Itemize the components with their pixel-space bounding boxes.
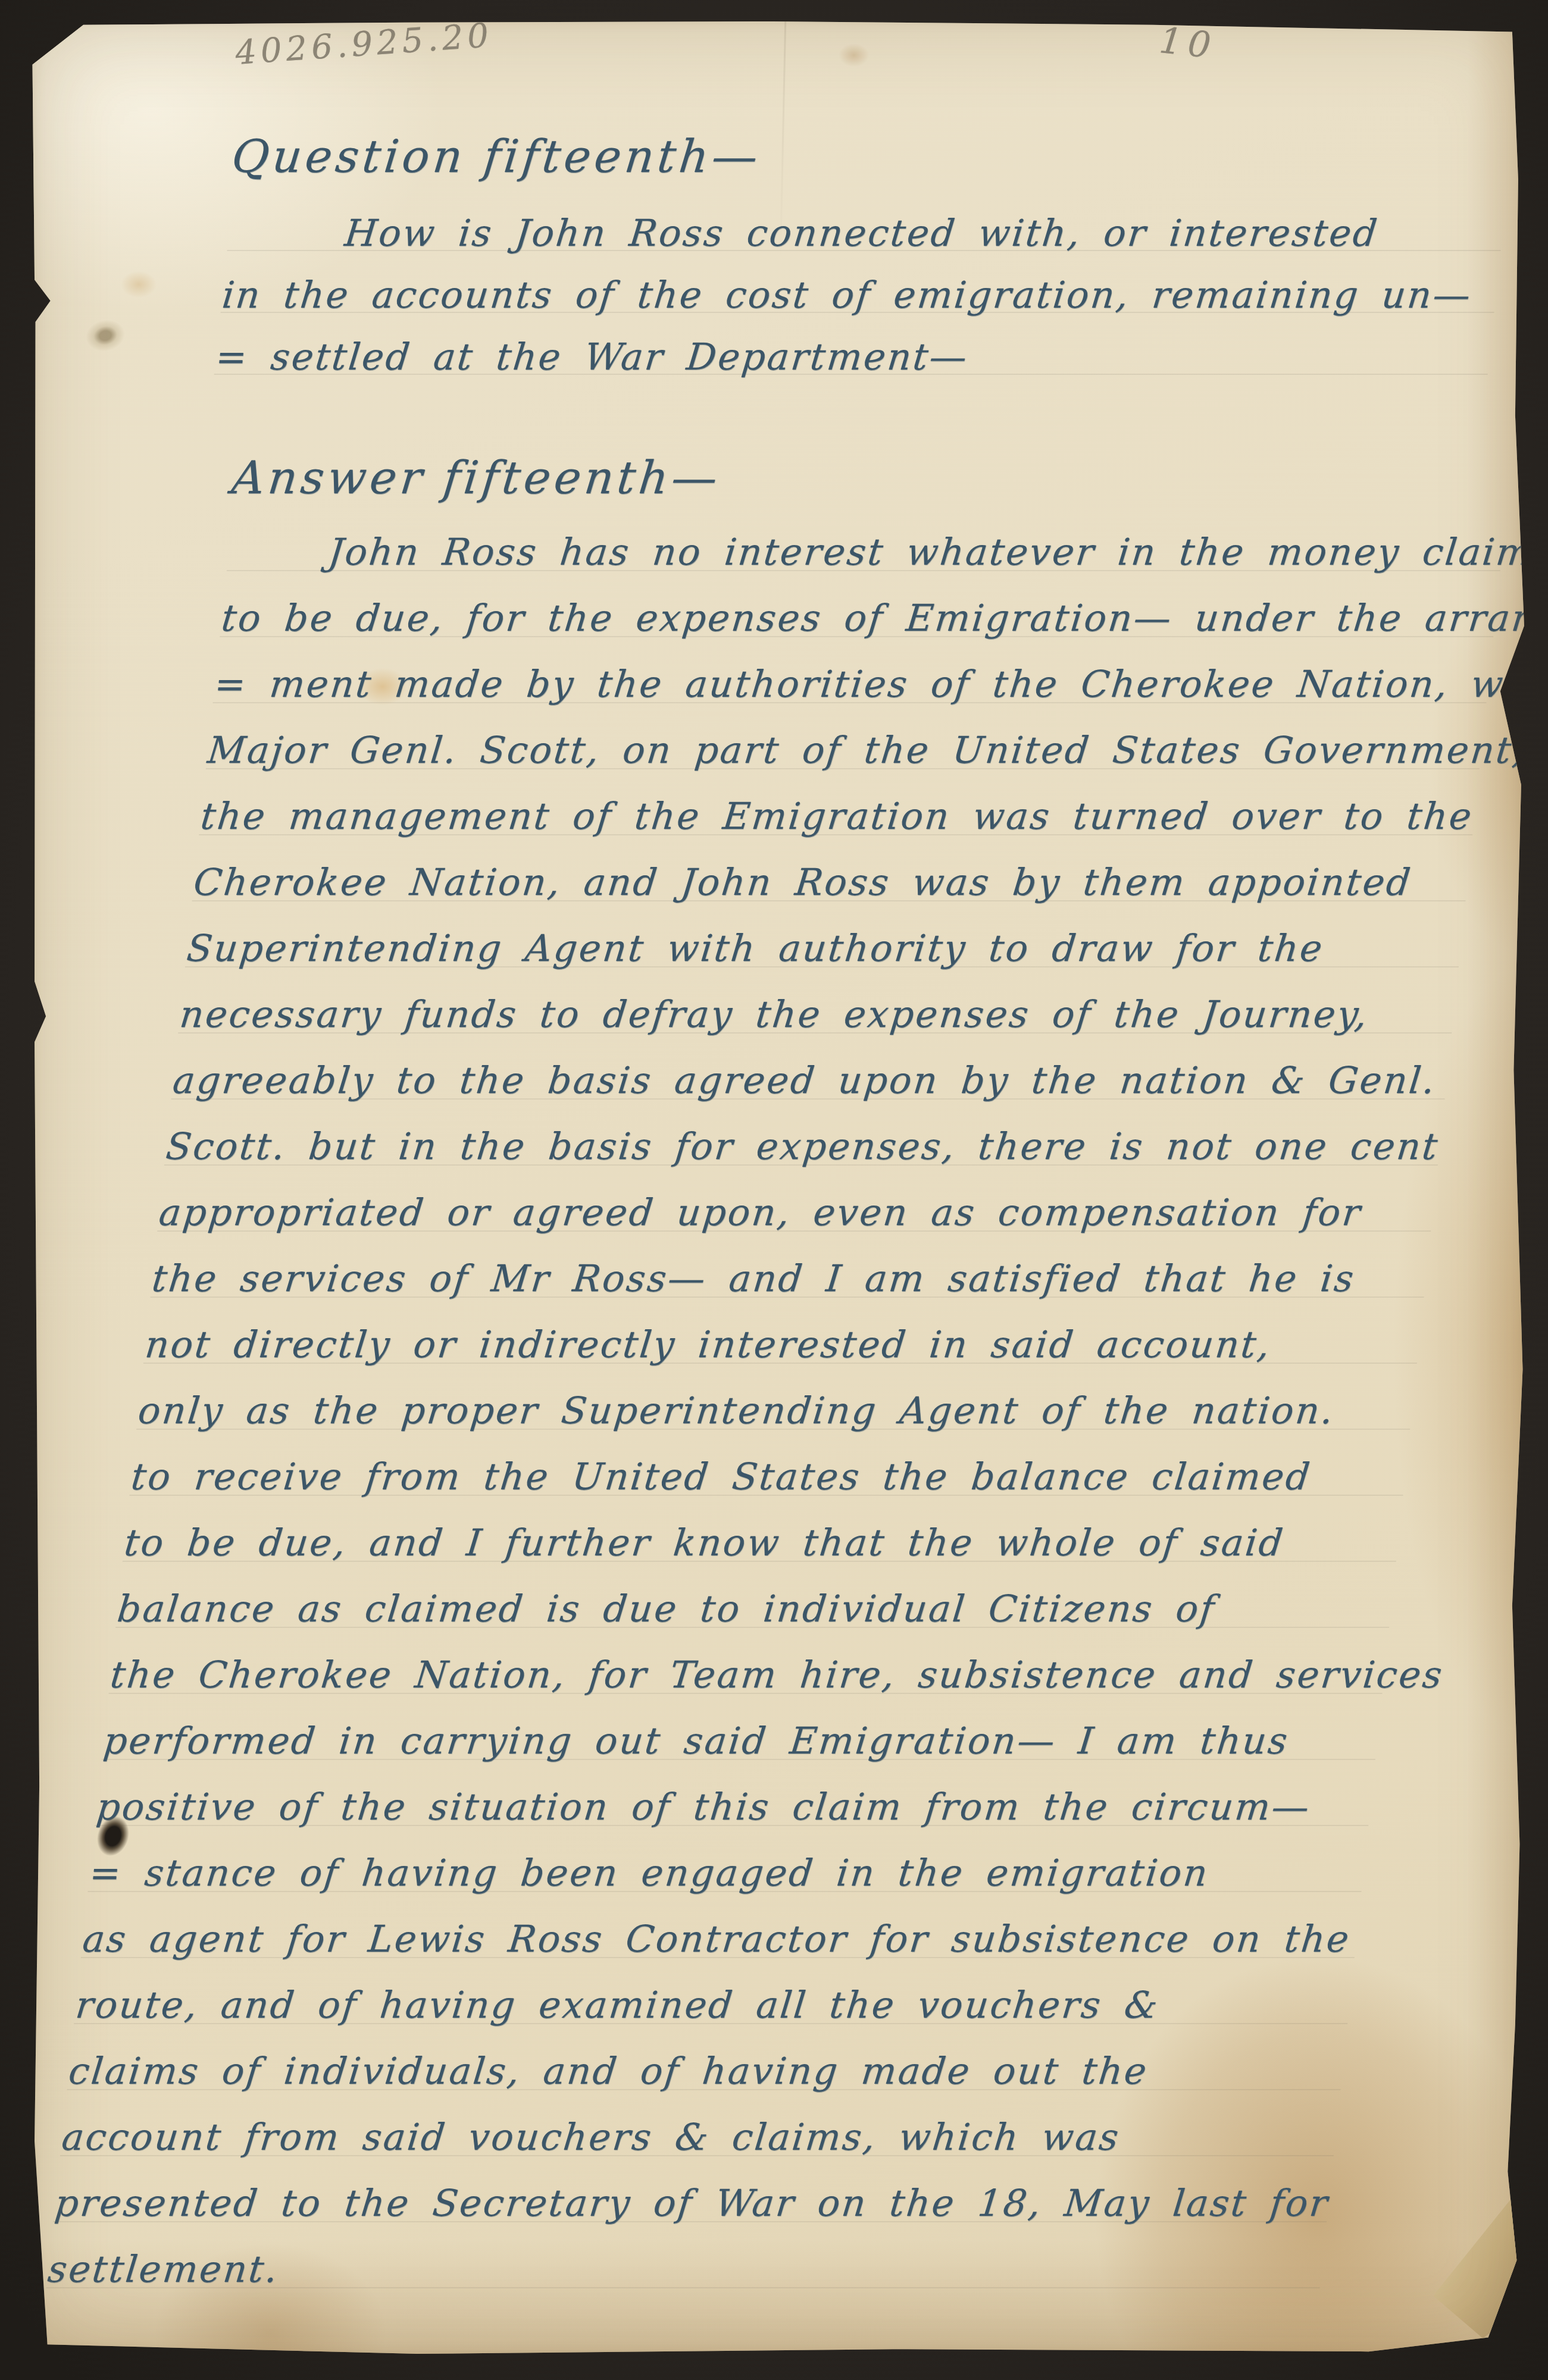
manuscript-line: = ment made by the authorities of the Ch… [211, 651, 1492, 717]
photo-mat: 4026.925.20 10 Question fifteenth— How i… [0, 0, 1548, 2380]
page-number-pencil: 10 [1158, 20, 1219, 67]
question-heading: Question fifteenth— [229, 130, 764, 183]
manuscript-line: presented to the Secretary of War on the… [52, 2170, 1333, 2236]
manuscript-line: appropriated or agreed upon, even as com… [156, 1179, 1437, 1245]
manuscript-line: the services of Mr Ross— and I am satisf… [149, 1245, 1430, 1311]
manuscript-line: Superintending Agent with authority to d… [183, 915, 1464, 981]
manuscript-line: to receive from the United States the ba… [128, 1443, 1409, 1510]
manuscript-line: John Ross has no interest whatever in th… [225, 519, 1506, 585]
question-paragraph: How is John Ross connected with, or inte… [212, 202, 1506, 388]
manuscript-line: to be due, and I further know that the w… [121, 1510, 1402, 1576]
manuscript-line: route, and of having examined all the vo… [73, 1972, 1353, 2038]
archival-number-pencil: 4026.925.20 [234, 16, 494, 73]
manuscript-line: claims of individuals, and of having mad… [65, 2038, 1346, 2104]
manuscript-line: Cherokee Nation, and John Ross was by th… [190, 849, 1471, 915]
manuscript-line: the management of the Emigration was tur… [198, 783, 1478, 849]
manuscript-line: = stance of having been engaged in the e… [86, 1840, 1367, 1906]
answer-paragraph: John Ross has no interest whatever in th… [45, 519, 1506, 2302]
manuscript-line: only as the proper Superintending Agent … [135, 1377, 1416, 1443]
manuscript-line: as agent for Lewis Ross Contractor for s… [79, 1906, 1360, 1972]
manuscript-line: = settled at the War Department— [212, 326, 1493, 388]
answer-heading: Answer fifteenth— [229, 451, 723, 504]
manuscript-line: performed in carrying out said Emigratio… [100, 1708, 1381, 1774]
manuscript-line: settlement. [45, 2236, 1325, 2302]
folded-corner [1433, 2197, 1524, 2338]
manuscript-page: 4026.925.20 10 Question fifteenth— How i… [31, 18, 1527, 2356]
manuscript-line: Major Genl. Scott, on part of the United… [204, 717, 1485, 783]
manuscript-line: not directly or indirectly interested in… [142, 1311, 1422, 1377]
manuscript-line: Scott. but in the basis for expenses, th… [162, 1113, 1443, 1179]
manuscript-line: balance as claimed is due to individual … [114, 1576, 1395, 1642]
manuscript-line: the Cherokee Nation, for Team hire, subs… [107, 1642, 1388, 1708]
manuscript-line: necessary funds to defray the expenses o… [177, 981, 1458, 1047]
manuscript-line: in the accounts of the cost of emigratio… [219, 264, 1499, 326]
manuscript-line: account from said vouchers & claims, whi… [58, 2104, 1339, 2170]
manuscript-line: positive of the situation of this claim … [93, 1774, 1374, 1840]
manuscript-line: to be due, for the expenses of Emigratio… [218, 585, 1499, 651]
manuscript-line: agreeably to the basis agreed upon by th… [170, 1047, 1450, 1113]
manuscript-line: How is John Ross connected with, or inte… [226, 202, 1506, 264]
edge-tear [83, 317, 127, 355]
